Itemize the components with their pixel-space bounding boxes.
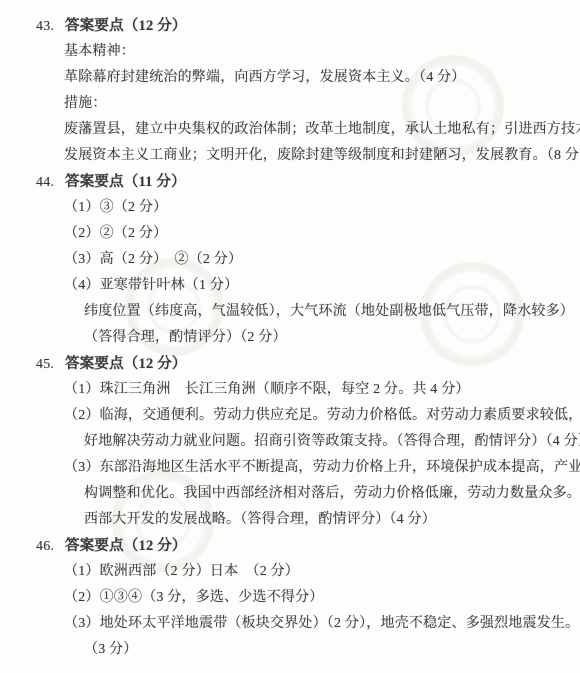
answer-line: （1）欧洲西部（2 分）日本 （2 分） <box>36 562 568 582</box>
section-title: 答案要点（12 分） <box>65 538 187 554</box>
section-heading: 43.答案要点（12 分） <box>36 16 568 36</box>
section-title: 答案要点（12 分） <box>65 18 187 34</box>
answer-key-content: 43.答案要点（12 分） 基本精神： 革除幕府封建统治的弊端，向西方学习，发展… <box>0 0 580 660</box>
section-heading: 45.答案要点（12 分） <box>36 354 568 374</box>
answer-line: （3）东部沿海地区生活水平不断提高，劳动力价格上升，环境保护成本提高，产业结 <box>36 458 568 478</box>
question-number: 45. <box>36 355 58 375</box>
answer-line: （2）临海，交通便利。劳动力供应充足。劳动力价格低。对劳动力素质要求较低，能较 <box>36 406 568 426</box>
answer-line: 发展资本主义工商业；文明开化，废除封建等级制度和封建陋习，发展教育。（8 分） <box>36 146 568 166</box>
section-heading: 46.答案要点（12 分） <box>36 536 568 556</box>
answer-line: （2）②（2 分） <box>36 224 568 244</box>
answer-section-46: 46.答案要点（12 分） （1）欧洲西部（2 分）日本 （2 分） （2）①③… <box>36 536 568 660</box>
answer-line: （答得合理，酌情评分）（2 分） <box>36 328 568 348</box>
document-page: 43.答案要点（12 分） 基本精神： 革除幕府封建统治的弊端，向西方学习，发展… <box>0 0 580 673</box>
section-title: 答案要点（11 分） <box>65 174 186 190</box>
section-heading: 44.答案要点（11 分） <box>36 172 568 192</box>
section-title: 答案要点（12 分） <box>65 356 187 372</box>
answer-section-43: 43.答案要点（12 分） 基本精神： 革除幕府封建统治的弊端，向西方学习，发展… <box>36 16 568 166</box>
answer-line: 构调整和优化。我国中西部经济相对落后，劳动力价格低廉，劳动力数量众多。 <box>36 484 568 504</box>
answer-section-44: 44.答案要点（11 分） （1）③（2 分） （2）②（2 分） （3）高（2… <box>36 172 568 348</box>
answer-line: （2）①③④（3 分，多选、少选不得分） <box>36 588 568 608</box>
answer-line: 基本精神： <box>36 42 568 62</box>
answer-line: （1）珠江三角洲 长江三角洲（顺序不限，每空 2 分。共 4 分） <box>36 380 568 400</box>
question-number: 46. <box>36 537 58 557</box>
answer-line: （3）高（2 分） ②（2 分） <box>36 250 568 270</box>
answer-line: 好地解决劳动力就业问题。招商引资等政策支持。（答得合理，酌情评分）（4 分） <box>36 432 568 452</box>
answer-line: 西部大开发的发展战略。（答得合理，酌情评分）（4 分） <box>36 510 568 530</box>
question-number: 44. <box>36 173 58 193</box>
question-number: 43. <box>36 17 58 37</box>
answer-line: 纬度位置（纬度高，气温较低），大气环流（地处副极地低气压带，降水较多） <box>36 302 568 322</box>
answer-section-45: 45.答案要点（12 分） （1）珠江三角洲 长江三角洲（顺序不限，每空 2 分… <box>36 354 568 530</box>
answer-line: 废藩置县，建立中央集权的政治体制；改革土地制度，承认土地私有；引进西方技术， <box>36 120 568 140</box>
answer-line: （1）③（2 分） <box>36 198 568 218</box>
answer-line: （3）地处环太平洋地震带（板块交界处）（2 分），地壳不稳定、多强烈地震发生。 <box>36 614 568 634</box>
answer-line: （3 分） <box>36 640 568 660</box>
answer-line: 革除幕府封建统治的弊端，向西方学习，发展资本主义。（4 分） <box>36 68 568 88</box>
answer-line: 措施： <box>36 94 568 114</box>
answer-line: （4）亚寒带针叶林（1 分） <box>36 276 568 296</box>
